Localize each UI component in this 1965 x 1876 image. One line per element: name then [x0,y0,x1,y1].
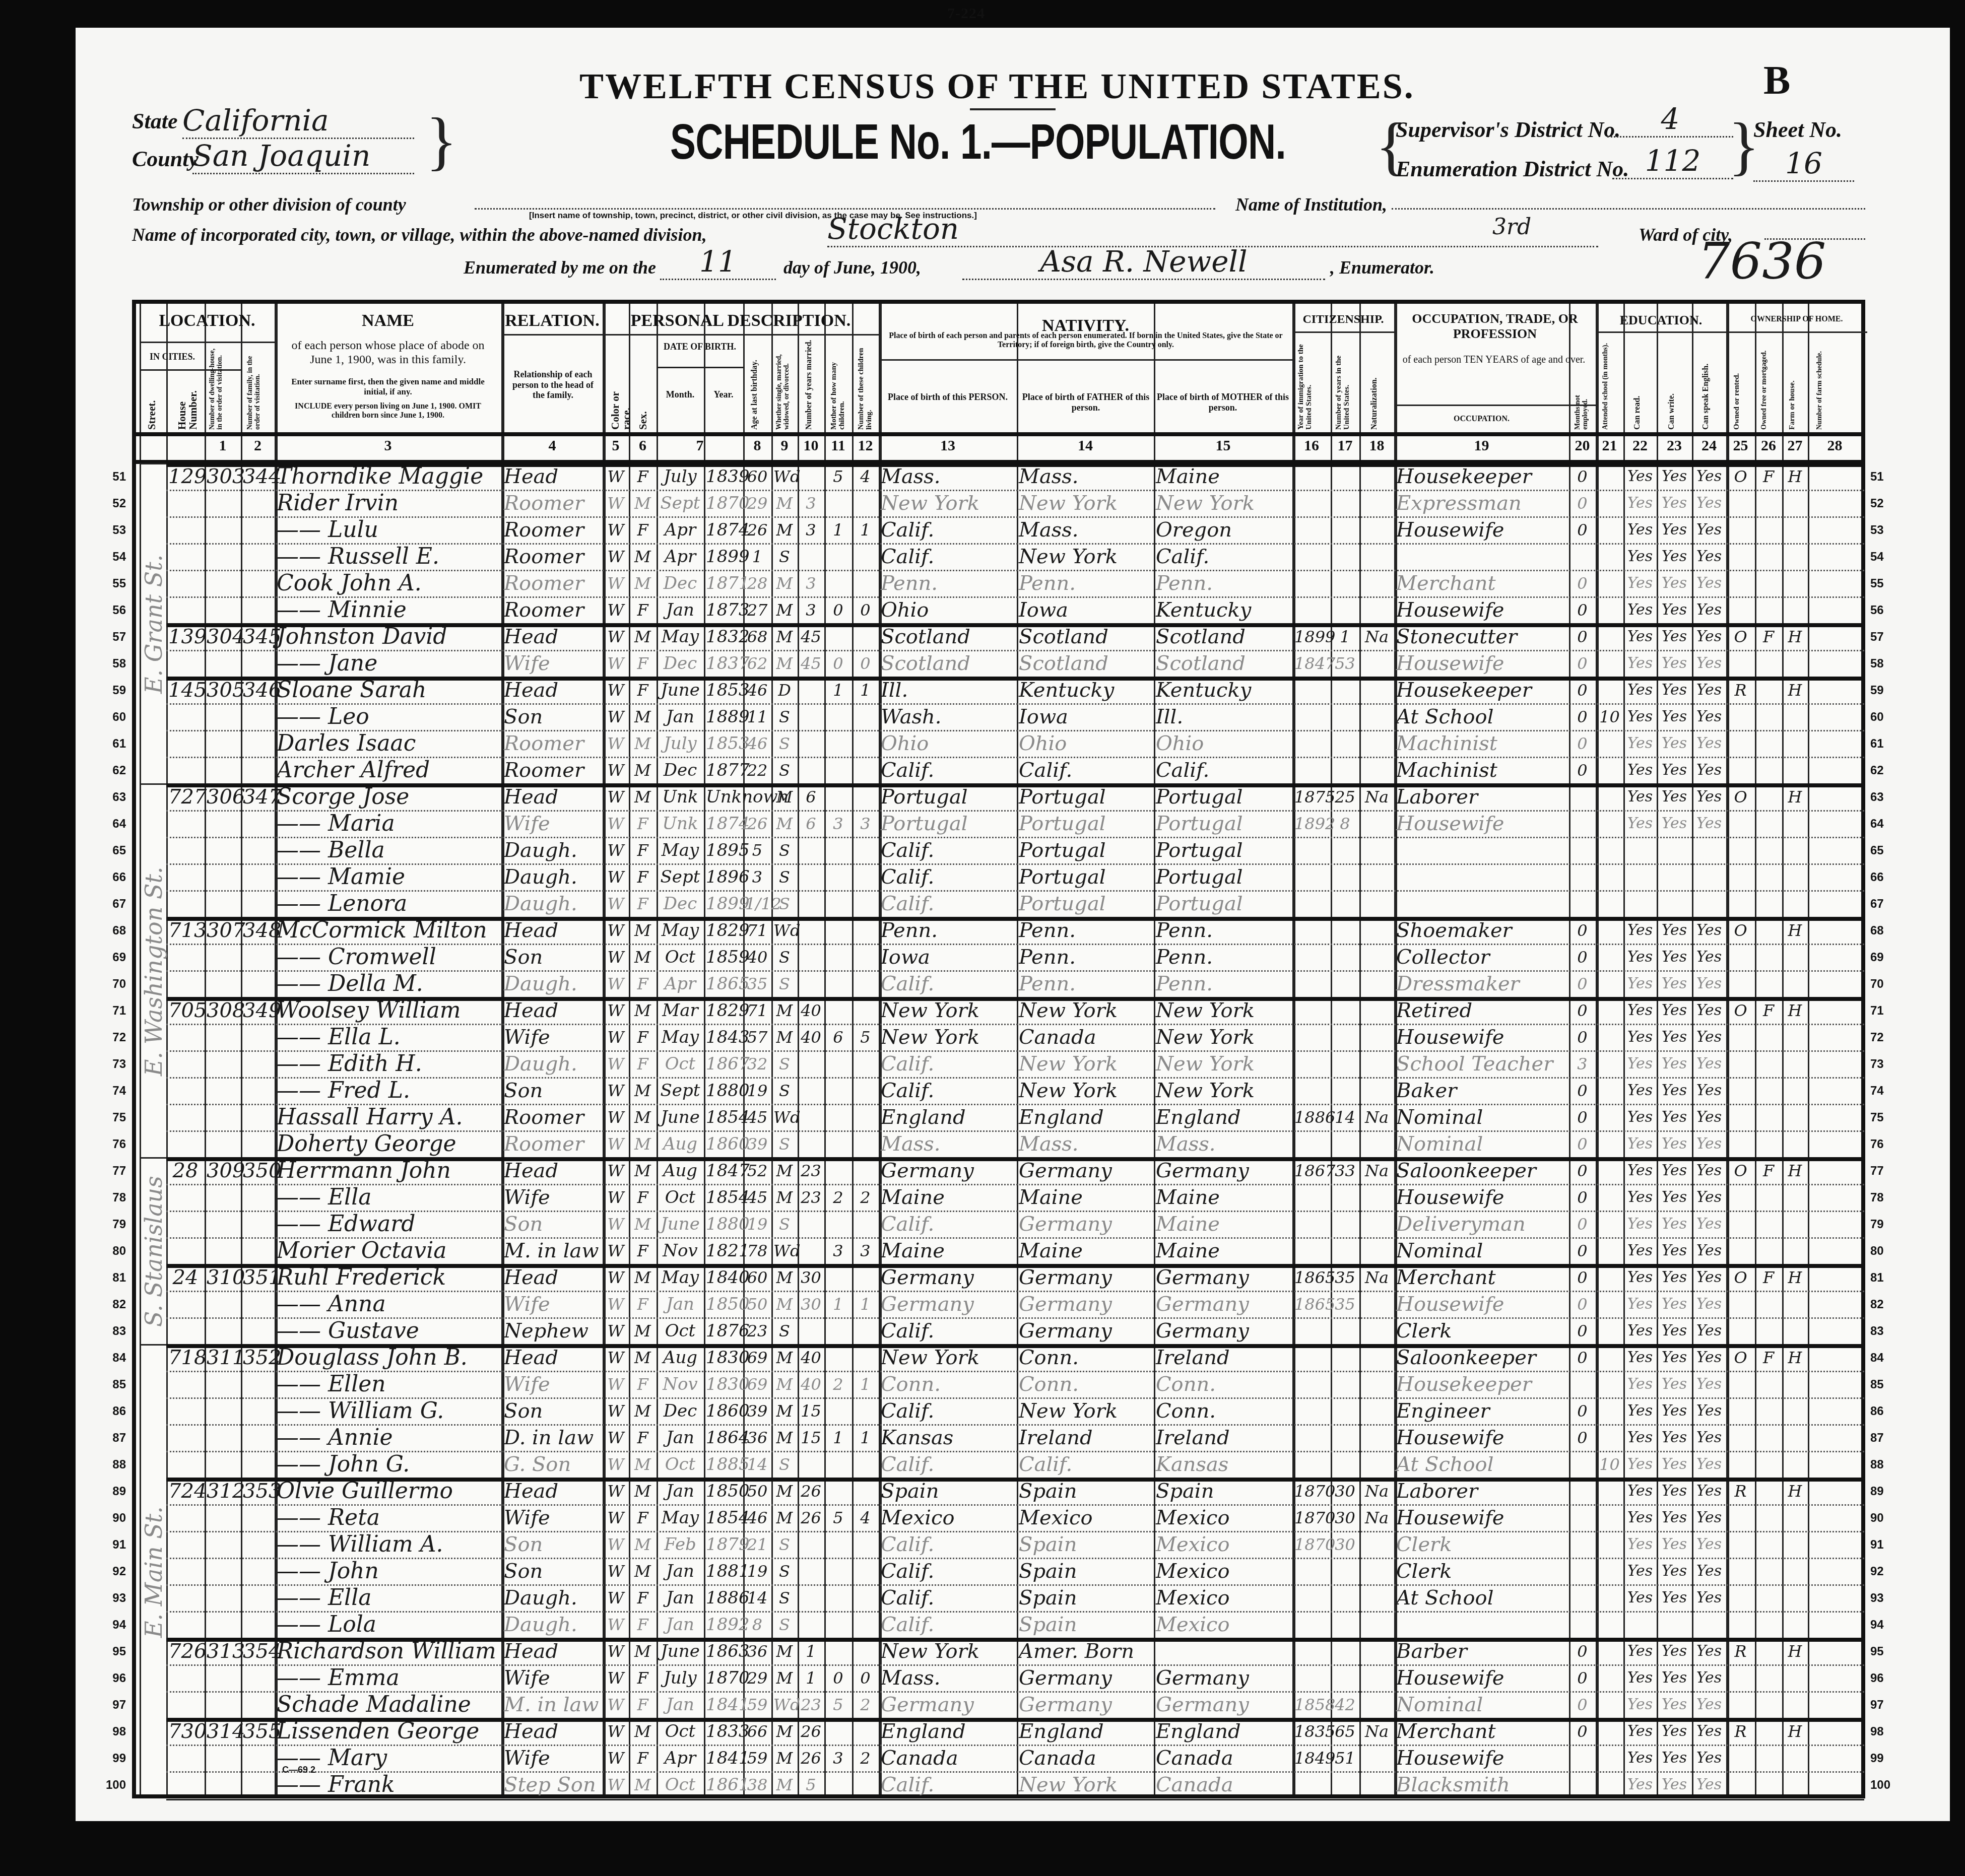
cell-unemployed: 0 [1571,1185,1594,1210]
cell-age: 29 [745,491,769,516]
cell-unemployed: 3 [1571,1051,1594,1077]
cell-speak: Yes [1694,1692,1724,1717]
cell-birth: Calif. [881,517,1015,543]
cell-age: 45 [745,1105,769,1130]
city-line: Name of incorporated city, town, or vill… [132,224,1865,245]
cell-read: Yes [1625,1559,1655,1584]
cell-occupation: Stonecutter [1396,624,1567,649]
column-number: 10 [798,437,824,454]
cell-relation: Daugh. [504,1612,601,1637]
cell-sex: M [631,1318,654,1344]
cell-month: Dec [659,1398,702,1424]
vheader-color: Color or race. [610,369,632,430]
cell-marital: M [773,1746,796,1771]
cell-birth: Mass. [881,464,1015,489]
line-number: 78 [96,1191,126,1205]
line-number: 92 [1870,1565,1901,1579]
cell-age: 14 [745,1452,769,1477]
cell-read: Yes [1625,1105,1655,1130]
line-number: 95 [96,1645,126,1659]
cell-write: Yes [1659,1425,1690,1450]
cell-name: —— Russell E. [277,544,499,569]
cell-month: July [659,731,702,756]
cell-occupation: Machinist [1396,758,1567,783]
cell-immig: 1858 [1294,1692,1329,1717]
cell-name: —— Frank [277,1772,499,1797]
cell-month: Oct [659,1719,702,1744]
cell-father: Mass. [1019,517,1152,543]
cell-marital: M [773,1372,796,1397]
cell-color: W [605,1212,627,1237]
cell-color: W [605,1425,627,1450]
cell-farm: H [1784,784,1806,810]
cell-relation: Roomer [504,544,601,569]
cell-year: 1879 [706,1532,741,1557]
cell-father: New York [1019,491,1152,516]
line-number: 56 [1870,604,1901,618]
vheader-can-write: Can write. [1668,384,1676,430]
cell-relation: Head [504,1479,601,1504]
cell-unemployed: 0 [1571,1158,1594,1183]
cell-read: Yes [1625,1505,1655,1530]
column-number: 24 [1692,437,1726,454]
cell-month: Oct [659,1185,702,1210]
cell-sex: F [631,1372,654,1397]
cell-birth: Portugal [881,784,1015,810]
cell-month: Oct [659,1452,702,1477]
cell-mother: New York [1156,1078,1290,1103]
cell-marital: M [773,1185,796,1210]
cell-birth: England [881,1719,1015,1744]
cell-speak: Yes [1694,1318,1724,1344]
cell-owned: R [1728,1719,1753,1744]
cell-read: Yes [1625,1158,1655,1183]
line-number: 69 [96,951,126,965]
cell-color: W [605,998,627,1023]
cell-month: Sept [659,491,702,516]
cell-sex: F [631,838,654,863]
cell-birth: Calif. [881,1212,1015,1237]
cell-age: 46 [745,731,769,756]
cell-year: 1899 [706,544,741,569]
cell-age: 29 [745,1665,769,1691]
line-number: 99 [1870,1752,1901,1766]
cell-unemployed: 0 [1571,1078,1594,1103]
cell-marital: M [773,517,796,543]
line-number: 88 [96,1458,126,1472]
cell-family: 346 [243,678,273,703]
cell-read: Yes [1625,1585,1655,1611]
cell-name: Sloane Sarah [277,678,499,703]
sheet-label: Sheet No. [1753,117,1842,143]
cell-color: W [605,1559,627,1584]
cell-father: Germany [1019,1665,1152,1691]
cell-occupation: Baker [1396,1078,1567,1103]
cell-name: —— William G. [277,1398,499,1424]
cell-father: Spain [1019,1559,1152,1584]
cell-age: 46 [745,678,769,703]
column-number: 22 [1623,437,1657,454]
cell-write: Yes [1659,1505,1690,1530]
cell-occupation: Barber [1396,1639,1567,1664]
line-number: 52 [96,497,126,511]
cell-year: 1839 [706,464,741,489]
cell-read: Yes [1625,704,1655,729]
cell-year: 1850 [706,1292,741,1317]
cell-relation: Daugh. [504,1051,601,1077]
cell-write: Yes [1659,1719,1690,1744]
cell-color: W [605,864,627,890]
cell-relation: Wife [504,811,601,836]
cell-write: Yes [1659,1559,1690,1584]
cell-month: Oct [659,945,702,970]
cell-yrs-married: 1 [800,1639,822,1664]
cell-year: 1871 [706,571,741,596]
cell-yrs-married: 30 [800,1265,822,1290]
cell-relation: Wife [504,651,601,676]
cell-mother: Germany [1156,1665,1290,1691]
cell-write: Yes [1659,1772,1690,1797]
cell-yrs-us: 53 [1333,651,1357,676]
cell-father: Portugal [1019,838,1152,863]
enumeration-field: Enumeration District No. 112 [1396,156,1629,182]
cell-yrs-married: 23 [800,1185,822,1210]
cell-year: 1833 [706,1719,741,1744]
cell-house: 705 [168,998,203,1023]
header-location: LOCATION. [140,311,275,330]
cell-birth: Wash. [881,704,1015,729]
cell-write: Yes [1659,1078,1690,1103]
line-number: 86 [1870,1404,1901,1419]
cell-color: W [605,704,627,729]
cell-speak: Yes [1694,1185,1724,1210]
header-citizenship: CITIZENSHIP. [1292,313,1394,326]
cell-father: Portugal [1019,891,1152,916]
cell-relation: Daugh. [504,838,601,863]
cell-yrs-married: 40 [800,1372,822,1397]
cell-father: Scotland [1019,624,1152,649]
cell-mother: Portugal [1156,784,1290,810]
cell-read: Yes [1625,758,1655,783]
cell-children: 0 [826,1665,850,1691]
cell-living: 0 [854,651,877,676]
cell-father: New York [1019,1772,1152,1797]
cell-marital: M [773,1292,796,1317]
cell-unemployed: 0 [1571,918,1594,943]
cell-color: W [605,1398,627,1424]
cell-relation: Head [504,784,601,810]
cell-relation: Son [504,1532,601,1557]
population-table: LOCATION. IN CITIES. NAME of each person… [132,300,1865,1798]
cell-nat: Na [1361,784,1392,810]
cell-year: 1874 [706,811,741,836]
cell-owned: R [1728,1639,1753,1664]
cell-relation: Wife [504,1505,601,1530]
line-number: 99 [96,1752,126,1766]
cell-month: Apr [659,1746,702,1771]
cell-marital: Wd [773,1692,796,1717]
cell-color: W [605,1318,627,1344]
cell-write: Yes [1659,1345,1690,1370]
cell-relation: Roomer [504,758,601,783]
cell-mother: England [1156,1719,1290,1744]
cell-name: —— John [277,1559,499,1584]
line-number: 62 [1870,764,1901,778]
cell-unemployed: 0 [1571,678,1594,703]
cell-farm: H [1784,1345,1806,1370]
cell-speak: Yes [1694,517,1724,543]
cell-mother: Maine [1156,1185,1290,1210]
cell-mother: Ohio [1156,731,1290,756]
line-number: 72 [1870,1031,1901,1045]
cell-relation: Roomer [504,1131,601,1157]
cell-name: —— Lenora [277,891,499,916]
cell-name: —— Jane [277,651,499,676]
line-number: 79 [1870,1218,1901,1232]
cell-living: 2 [854,1746,877,1771]
cell-name: Doherty George [277,1131,499,1157]
cell-yrs-married: 3 [800,597,822,623]
cell-owned: R [1728,1479,1753,1504]
cell-name: Olvie Guillermo [277,1479,499,1504]
cell-house: 145 [168,678,203,703]
cell-unemployed: 0 [1571,597,1594,623]
cell-name: Richardson William [277,1639,499,1664]
line-number: 91 [96,1538,126,1552]
cell-color: W [605,1639,627,1664]
cell-father: Germany [1019,1158,1152,1183]
cell-yrs-married: 40 [800,1025,822,1050]
cell-read: Yes [1625,1719,1655,1744]
cell-relation: Roomer [504,1105,601,1130]
cell-month: Apr [659,971,702,996]
cell-color: W [605,1345,627,1370]
cell-mother: Penn. [1156,571,1290,596]
cell-age: 19 [745,1078,769,1103]
cell-farm: H [1784,678,1806,703]
street-name: E. Main St. [140,1350,167,1794]
cell-occupation: Machinist [1396,731,1567,756]
cell-month: May [659,1025,702,1050]
cell-read: Yes [1625,945,1655,970]
cell-marital: S [773,971,796,996]
cell-mother: Kentucky [1156,678,1290,703]
cell-yrs-married: 40 [800,998,822,1023]
cell-yrs-us: 30 [1333,1479,1357,1504]
cell-sex: M [631,1131,654,1157]
cell-dwelling: 305 [207,678,239,703]
cell-marital: S [773,1452,796,1477]
cell-father: Ireland [1019,1425,1152,1450]
cell-family: 350 [243,1158,273,1183]
cell-birth: New York [881,1345,1015,1370]
cell-mother: Penn. [1156,945,1290,970]
cell-marital: M [773,1398,796,1424]
cell-father: Penn. [1019,571,1152,596]
supervisor-value: 4 [1607,102,1733,138]
cell-birth: New York [881,1639,1015,1664]
line-number: 65 [1870,844,1901,858]
cell-sex: F [631,464,654,489]
line-number: 100 [1870,1778,1901,1792]
cell-name: —— Emma [277,1665,499,1691]
sheet-letter: B [1763,58,1790,104]
cell-marital: S [773,1585,796,1611]
line-number: 85 [96,1378,126,1392]
cell-name: Ruhl Frederick [277,1265,499,1290]
cell-free: F [1757,1265,1780,1290]
line-number: 60 [96,710,126,724]
cell-age: 71 [745,998,769,1023]
cell-read: Yes [1625,1185,1655,1210]
cell-age: 57 [745,1025,769,1050]
cell-name: —— Edward [277,1212,499,1237]
cell-speak: Yes [1694,784,1724,810]
cell-month: June [659,1105,702,1130]
cell-yrs-married: 30 [800,1292,822,1317]
cell-father: Amer. Born [1019,1639,1152,1664]
cell-birth: Mexico [881,1505,1015,1530]
cell-unemployed: 0 [1571,1131,1594,1157]
cell-month: Jan [659,1692,702,1717]
line-number: 60 [1870,710,1901,724]
cell-father: Germany [1019,1212,1152,1237]
cell-write: Yes [1659,1532,1690,1557]
cell-sex: M [631,1212,654,1237]
county-field: County San Joaquin [132,146,424,181]
cell-owned: O [1728,464,1753,489]
cell-write: Yes [1659,1025,1690,1050]
line-number: 65 [96,844,126,858]
cell-age: 11 [745,704,769,729]
cell-write: Yes [1659,464,1690,489]
cell-nat: Na [1361,1265,1392,1290]
cell-color: W [605,491,627,516]
cell-relation: D. in law [504,1425,601,1450]
title-ornament [970,108,1056,110]
cell-relation: Head [504,678,601,703]
cell-birth: Calif. [881,891,1015,916]
vheader-age: Age at last birthday. [751,339,759,430]
cell-speak: Yes [1694,1238,1724,1263]
cell-marital: S [773,544,796,569]
cell-father: Canada [1019,1025,1152,1050]
cell-month: Jan [659,704,702,729]
cell-family: 344 [243,464,273,489]
vheader-owned-rented: Owned or rented. [1733,354,1741,430]
cell-year: 1854 [706,1185,741,1210]
cell-speak: Yes [1694,597,1724,623]
cell-month: May [659,838,702,863]
supervisor-field: Supervisor's District No. 4 [1396,117,1620,143]
cell-mother: Oregon [1156,517,1290,543]
cell-name: Douglass John B. [277,1345,499,1370]
cell-occupation: Housewife [1396,517,1567,543]
line-number: 91 [1870,1538,1901,1552]
line-number: 54 [1870,550,1901,564]
column-number: 19 [1394,437,1569,454]
cell-year: 1873 [706,597,741,623]
cell-month: Apr [659,544,702,569]
line-number: 63 [96,790,126,805]
cell-marital: M [773,1479,796,1504]
cell-age: 8 [745,1612,769,1637]
street-separator [140,1344,166,1346]
cell-dwelling: 312 [207,1479,239,1504]
cell-mother: New York [1156,998,1290,1023]
cell-living: 0 [854,1665,877,1691]
cell-mother: New York [1156,491,1290,516]
cell-speak: Yes [1694,1746,1724,1771]
cell-birth: England [881,1105,1015,1130]
cell-sex: M [631,1158,654,1183]
line-number: 96 [96,1671,126,1686]
line-number: 53 [96,523,126,538]
line-number: 63 [1870,790,1901,805]
cell-read: Yes [1625,784,1655,810]
cell-month: Sept [659,1078,702,1103]
vheader-years-us: Number of years in the United States. [1335,337,1351,430]
cell-father: Germany [1019,1318,1152,1344]
cell-sex: F [631,1505,654,1530]
cell-name: Johnston David [277,624,499,649]
cell-name: Scorge Jose [277,784,499,810]
header-nativity-desc: Place of birth of each person and parent… [887,331,1285,350]
cell-month: July [659,464,702,489]
cell-unemployed: 0 [1571,1105,1594,1130]
cell-name: Hassall Harry A. [277,1105,499,1130]
cell-speak: Yes [1694,1452,1724,1477]
cell-marital: S [773,704,796,729]
column-number: 16 [1292,437,1331,454]
line-number: 89 [96,1485,126,1499]
cell-speak: Yes [1694,1479,1724,1504]
cell-occupation: Housewife [1396,1425,1567,1450]
cell-color: W [605,811,627,836]
cell-color: W [605,544,627,569]
cell-sex: M [631,1265,654,1290]
cell-owned: O [1728,998,1753,1023]
cell-age: 26 [745,811,769,836]
column-number: 28 [1808,437,1862,454]
column-number: 23 [1657,437,1692,454]
cell-name: —— Maria [277,811,499,836]
cell-year: 1821 [706,1238,741,1263]
cell-color: W [605,1238,627,1263]
cell-year: 1837 [706,651,741,676]
cell-month: Dec [659,891,702,916]
cell-write: Yes [1659,1105,1690,1130]
cell-father: Iowa [1019,597,1152,623]
cell-year: 1850 [706,1479,741,1504]
cell-write: Yes [1659,491,1690,516]
vheader-sex: Sex. [637,405,648,430]
cell-sex: M [631,1105,654,1130]
cell-read: Yes [1625,1212,1655,1237]
line-number: 66 [1870,870,1901,885]
header-personal: PERSONAL DESCRIPTION. [603,311,879,330]
cell-birth: New York [881,998,1015,1023]
street-name: E. Grant St. [140,469,167,779]
vheader-years-married: Number of years married. [805,339,814,430]
cell-nat: Na [1361,1105,1392,1130]
cell-age: 59 [745,1746,769,1771]
cell-yrs-married: 3 [800,571,822,596]
header-occupation: OCCUPATION, TRADE, OR PROFESSION [1394,311,1596,342]
cell-read: Yes [1625,1345,1655,1370]
cell-read: Yes [1625,1025,1655,1050]
line-number: 58 [96,657,126,671]
